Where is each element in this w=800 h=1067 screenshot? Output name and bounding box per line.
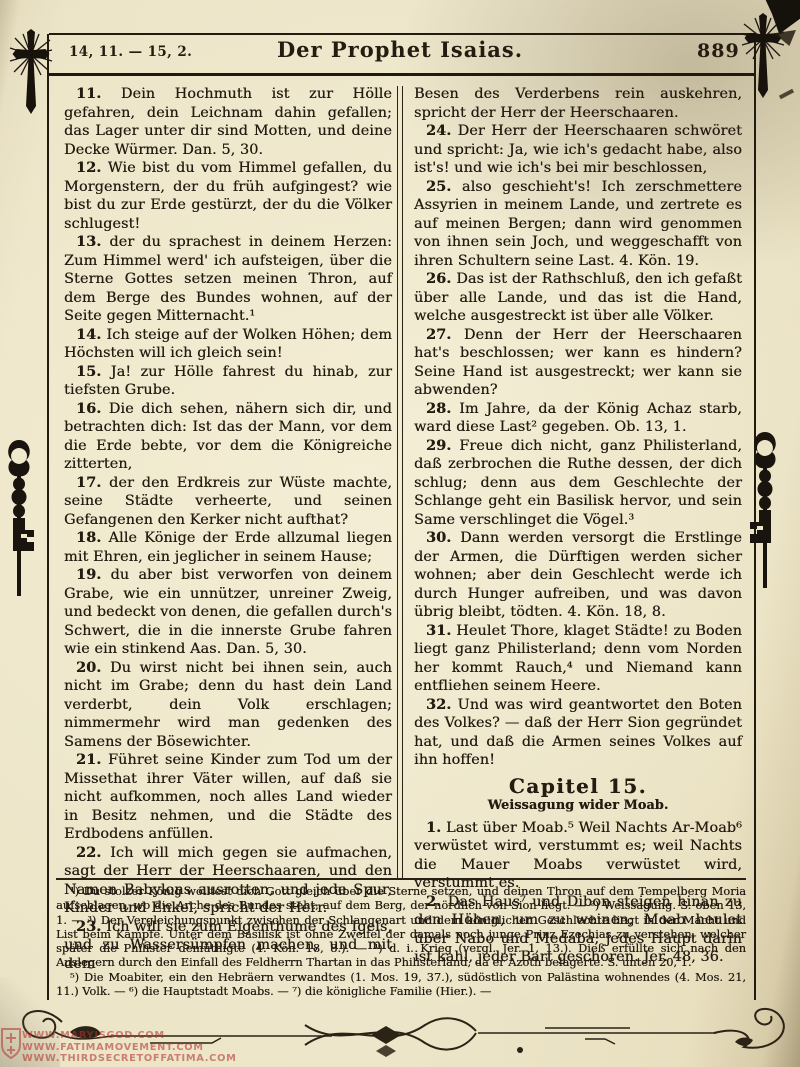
verse-paragraph: 15. Ja! zur Hölle fahrest du hinab, zur … bbox=[64, 363, 392, 400]
verse-paragraph: 31. Heulet Thore, klaget Städte! zu Bode… bbox=[414, 622, 742, 696]
verse-paragraph: 19. du aber bist verworfen von deinem Gr… bbox=[64, 566, 392, 659]
verse-paragraph: 30. Dann werden versorgt die Erstlinge d… bbox=[414, 529, 742, 622]
ornate-key-icon bbox=[748, 430, 782, 590]
page-number: 889 bbox=[697, 40, 740, 62]
chapter-heading: Capitel 15. bbox=[414, 777, 742, 796]
verse-paragraph: 12. Wie bist du vom Himmel gefallen, du … bbox=[64, 159, 392, 233]
scanned-bible-page: 14, 11. — 15, 2. Der Prophet Isaias. 889 bbox=[0, 0, 800, 1067]
page-title: Der Prophet Isaias. bbox=[0, 37, 800, 62]
verse-paragraph: 24. Der Herr der Heerschaaren schwöret u… bbox=[414, 122, 742, 178]
verse-paragraph: 28. Im Jahre, da der König Achaz starb, … bbox=[414, 400, 742, 437]
verse-continuation-paragraph: Besen des Verderbens rein auskehren, spr… bbox=[414, 85, 742, 122]
verse-paragraph: 18. Alle Könige der Erde allzumal liegen… bbox=[64, 529, 392, 566]
verse-paragraph: 20. Du wirst nicht bei ihnen sein, auch … bbox=[64, 659, 392, 752]
watermark-shield-icon bbox=[0, 1027, 22, 1059]
verse-paragraph: 1. Last über Moab.⁵ Weil Nachts Ar-Moab⁶… bbox=[414, 819, 742, 893]
verse-paragraph: 17. der den Erdkreis zur Wüste machte, s… bbox=[64, 474, 392, 530]
verse-paragraph: 13. der du sprachest in deinem Herzen: Z… bbox=[64, 233, 392, 326]
right-text-column: Besen des Verderbens rein auskehren, spr… bbox=[414, 85, 742, 973]
left-text-column: 11. Dein Hochmuth ist zur Hölle gefahren… bbox=[64, 85, 392, 973]
footnote-paragraph: ⁵) Die Moabiter, ein den Hebräern verwan… bbox=[56, 970, 746, 999]
verse-paragraph: 11. Dein Hochmuth ist zur Hölle gefahren… bbox=[64, 85, 392, 159]
verse-paragraph: 27. Denn der Herr der Heerschaaren hat's… bbox=[414, 326, 742, 400]
top-border-rule bbox=[49, 33, 755, 35]
verse-paragraph: 14. Ich steige auf der Wolken Höhen; dem… bbox=[64, 326, 392, 363]
verse-paragraph: 32. Und was wird geantwortet den Boten d… bbox=[414, 696, 742, 770]
ornate-key-icon bbox=[2, 438, 36, 598]
header-divider-rule bbox=[48, 73, 755, 76]
footnote-paragraph: ¹) Du stolzer König wolltest dich Gott g… bbox=[56, 884, 746, 970]
text-columns: 11. Dein Hochmuth ist zur Hölle gefahren… bbox=[64, 85, 742, 973]
verse-paragraph: 26. Das ist der Rathschluß, den ich gefa… bbox=[414, 270, 742, 326]
verse-paragraph: 25. also geschieht's! Ich zerschmettere … bbox=[414, 178, 742, 271]
watermark-urls: WWW.MARYISGOD.COM WWW.FATIMAMOVEMENT.COM… bbox=[22, 1030, 237, 1065]
verse-paragraph: 16. Die dich sehen, nähern sich dir, und… bbox=[64, 400, 392, 474]
watermark-url: WWW.FATIMAMOVEMENT.COM bbox=[22, 1042, 237, 1054]
left-border-rule bbox=[47, 34, 49, 1000]
watermark-url: WWW.THIRDSECRETOFFATIMA.COM bbox=[22, 1053, 237, 1065]
watermark-url: WWW.MARYISGOD.COM bbox=[22, 1030, 237, 1042]
chapter-subtitle: Weissagung wider Moab. bbox=[414, 797, 742, 816]
verse-paragraph: 21. Führet seine Kinder zum Tod um der M… bbox=[64, 751, 392, 844]
footnotes-section: ¹) Du stolzer König wolltest dich Gott g… bbox=[56, 884, 746, 998]
ornate-cross-icon bbox=[6, 28, 56, 118]
verse-paragraph: 29. Freue dich nicht, ganz Philisterland… bbox=[414, 437, 742, 530]
